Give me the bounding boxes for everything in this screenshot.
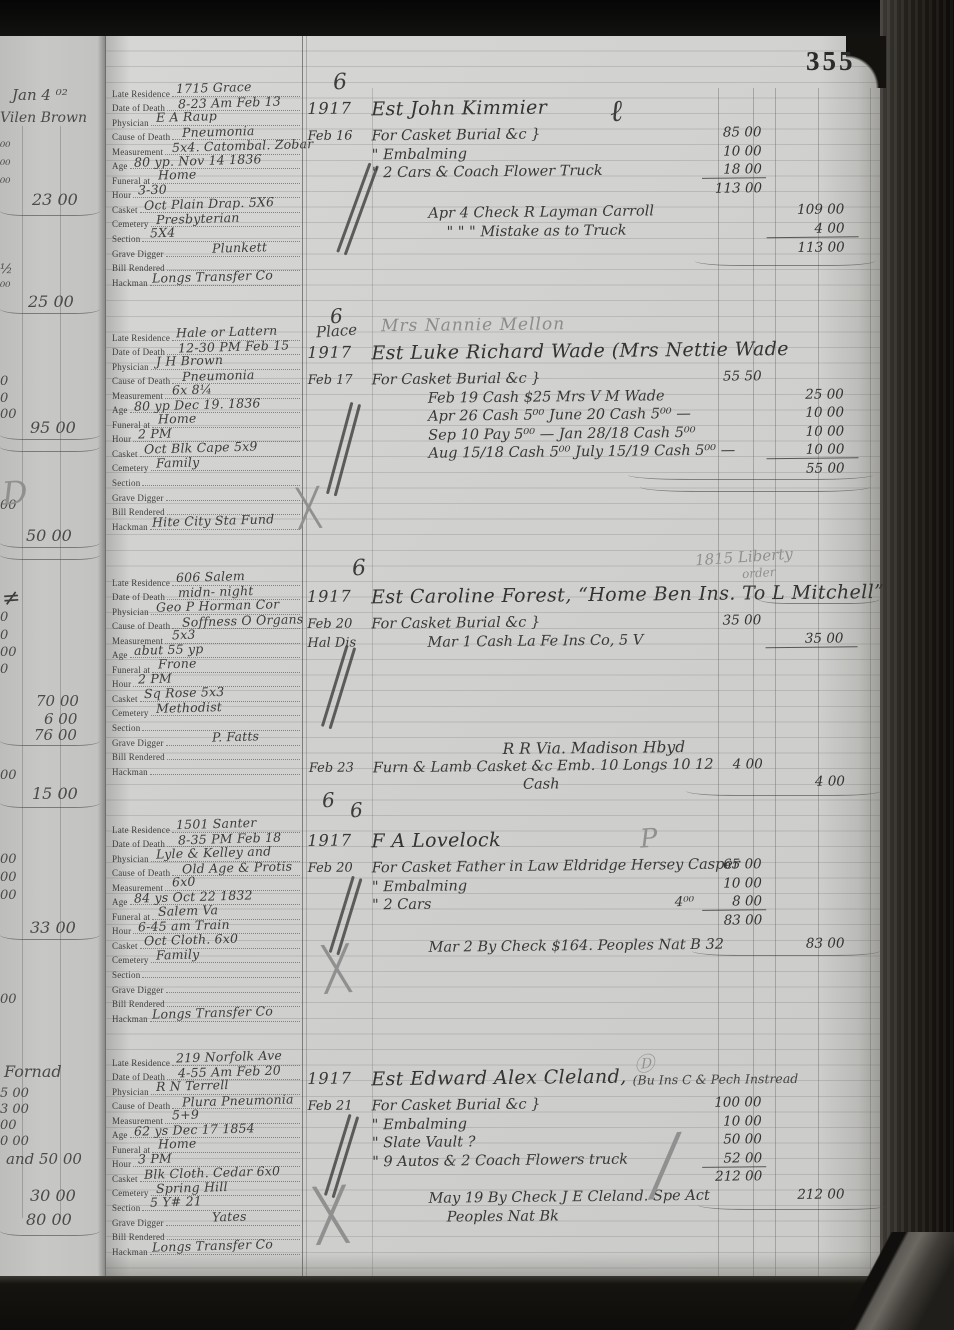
- field-label: Hour: [112, 434, 131, 444]
- line-description: Aug 15/18 Cash 5⁰⁰ July 15/19 Cash 5⁰⁰ —: [372, 444, 648, 463]
- entry-main: 1917Est John KimmierFeb 16For Casket Bur…: [307, 93, 881, 263]
- dotted-leader: [152, 1152, 300, 1153]
- line-description: For Casket Burial &c }: [371, 613, 647, 632]
- line-date: Feb 21: [307, 1098, 371, 1114]
- amount-col2: 10 00: [766, 442, 858, 460]
- underline-swash: [628, 470, 873, 480]
- line-mid-amount: 4⁰⁰: [648, 894, 702, 911]
- field-value-handwriting: Plunkett: [212, 239, 268, 256]
- amount-col1: 65 00: [702, 856, 766, 873]
- amount-col2: 10 00: [766, 423, 858, 440]
- field-label: Age: [112, 1130, 128, 1140]
- line-date: [308, 428, 372, 429]
- field-label: Hackman: [112, 1014, 148, 1024]
- field-label: Cemetery: [112, 955, 149, 965]
- amount-col1: 212 00: [702, 1169, 766, 1186]
- entry-stub: Late ResidenceHale or LatternDate of Dea…: [112, 328, 302, 532]
- amount-col1: 10 00: [702, 143, 766, 160]
- stub-field-row: Grave DiggerYates: [112, 1213, 302, 1228]
- field-value-handwriting: Soffness O Organs: [182, 611, 304, 629]
- field-label: Grave Digger: [112, 985, 164, 995]
- field-label: Casket: [112, 205, 138, 215]
- amount-col2: 35 00: [765, 630, 857, 648]
- line-date: Feb 17: [308, 372, 372, 388]
- line-date: Hal Dis: [307, 635, 371, 651]
- stub-field-row: HackmanLongs Transfer Co: [112, 273, 302, 288]
- field-label: Physician: [112, 362, 149, 372]
- prev-page-amount: 00: [0, 1118, 17, 1133]
- amount-col2: [765, 1093, 857, 1094]
- field-label: Casket: [112, 941, 138, 951]
- line-mid-amount: [649, 1206, 703, 1207]
- amount-col2: [766, 160, 858, 161]
- line-description: " Embalming: [372, 876, 648, 895]
- prev-page-amount: 5 00: [0, 1086, 29, 1101]
- field-value-handwriting: Home: [158, 1136, 197, 1152]
- stub-field-row: CemeteryFamily: [112, 459, 302, 474]
- amount-col2: [766, 855, 858, 856]
- amount-col2: 4 00: [766, 220, 858, 238]
- field-value-handwriting: 5+9: [172, 1107, 199, 1123]
- field-value-handwriting: Longs Transfer Co: [152, 1003, 273, 1021]
- field-value-handwriting: E A Raup: [156, 108, 217, 125]
- prev-page-amount: ⁰⁰: [0, 140, 10, 155]
- stub-field-row: CemeteryFamily: [112, 951, 302, 966]
- pencil-annotation: ╳: [297, 487, 321, 529]
- line-description: " 9 Autos & 2 Coach Flowers truck: [372, 1151, 648, 1170]
- line-mid-amount: [648, 875, 702, 876]
- prev-page-amount: 0: [0, 374, 8, 389]
- amount-col1: 10 00: [702, 875, 766, 892]
- pencil-annotation: ≠: [1, 585, 21, 611]
- field-value-handwriting: 80 yp Dec 19. 1836: [134, 395, 261, 414]
- amount-col2: 10 00: [766, 404, 858, 421]
- field-label: Grave Digger: [112, 249, 164, 259]
- stub-field-row: Ageabut 55 yp: [112, 646, 302, 661]
- amount-col1: [703, 737, 767, 738]
- amount-col2: [766, 874, 858, 875]
- prev-page-amount: 00: [0, 852, 17, 867]
- amount-col2: [766, 911, 858, 912]
- amount-col2: [767, 736, 859, 737]
- stub-field-row: Hackman: [112, 762, 302, 777]
- field-label: Grave Digger: [112, 1218, 164, 1228]
- stub-field-row: Grave Digger: [112, 488, 302, 503]
- line-description: Mar 2 By Check $164. Peoples Nat B 32: [372, 938, 648, 957]
- underline-swash: [0, 798, 100, 808]
- line-mid-amount: [649, 462, 703, 463]
- amount-col2: [766, 179, 858, 180]
- prev-page-amount: ⁰⁰: [0, 176, 10, 191]
- field-value-handwriting: Longs Transfer Co: [152, 267, 273, 285]
- line-date: Feb 16: [307, 128, 371, 144]
- field-label: Section: [112, 970, 140, 980]
- amount-col1: [701, 631, 765, 632]
- line-mid-amount: [648, 369, 702, 370]
- scan-top-edge: [0, 0, 954, 36]
- stub-field-row: HackmanHite City Sta Fund: [112, 517, 302, 532]
- pencil-annotation: Place: [315, 321, 357, 342]
- stub-field-row: Cause of DeathPlura Pneumonia: [112, 1097, 302, 1112]
- line-mid-amount: [647, 631, 701, 632]
- dotted-leader: [152, 672, 300, 673]
- amount-col2: [767, 755, 859, 756]
- line-date: [308, 898, 372, 899]
- amount-col1: 18 00: [702, 161, 766, 179]
- book-binding: [880, 0, 954, 1330]
- amount-col2: [766, 1168, 858, 1169]
- amount-col1: 83 00: [702, 912, 766, 929]
- field-label: Age: [112, 161, 128, 171]
- stub-field-row: Age80 yp Dec 19. 1836: [112, 401, 302, 416]
- field-label: Cause of Death: [112, 132, 170, 142]
- entry-year: 1917: [307, 586, 371, 606]
- underline-swash: [0, 538, 100, 548]
- line-date: [308, 391, 372, 392]
- stub-field-row: HackmanLongs Transfer Co: [112, 1242, 302, 1257]
- amount-col1: 35 00: [701, 612, 765, 629]
- page-number: 355: [806, 46, 856, 77]
- stub-field-row: CemeterySpring Hill: [112, 1184, 302, 1199]
- dotted-leader: [142, 485, 300, 486]
- stub-field-row: Grave DiggerPlunkett: [112, 244, 302, 259]
- amount-col2: [765, 611, 857, 612]
- amount-col1: 10 00: [702, 1113, 766, 1130]
- line-mid-amount: [648, 1113, 702, 1114]
- dotted-leader: [151, 715, 300, 716]
- line-date: [308, 225, 372, 226]
- amount-col2: [766, 892, 858, 893]
- pencil-annotation: 6: [321, 788, 335, 813]
- line-mid-amount: [648, 143, 702, 144]
- underline-swash: [0, 550, 100, 560]
- underline-swash: [758, 594, 880, 604]
- field-value-handwriting: Hite City Sta Fund: [152, 511, 275, 529]
- underline-swash: [0, 430, 100, 440]
- entry-stub: Late Residence606 SalemDate of Deathmidn…: [112, 573, 302, 777]
- line-description: Apr 4 Check R Layman Carroll: [372, 204, 648, 223]
- field-label: Section: [112, 723, 140, 733]
- prev-page-amount: 0 00: [0, 1134, 29, 1149]
- field-value-handwriting: Longs Transfer Co: [152, 1236, 273, 1254]
- field-value-handwriting: Yates: [212, 1209, 247, 1225]
- amount-col2: [766, 142, 858, 143]
- field-value-handwriting: Oct Blk Cape 5x9: [144, 439, 258, 457]
- field-value-handwriting: 1501 Santer: [176, 815, 257, 832]
- underline-swash: [640, 482, 870, 492]
- prev-page-amount: Jan 4 ⁰²: [12, 86, 68, 104]
- amount-col1: [703, 240, 767, 241]
- entry-year: 1917: [307, 98, 371, 118]
- pencil-annotation: ℓ: [609, 94, 624, 130]
- prev-page-amount: and 50 00: [6, 1150, 82, 1168]
- line-mid-amount: [648, 913, 702, 914]
- line-mid-amount: [649, 775, 703, 776]
- prev-page-amount: 0: [0, 391, 8, 406]
- line-description: For Casket Father in Law Eldridge Hersey…: [372, 857, 648, 876]
- line-mid-amount: [647, 1095, 701, 1096]
- field-label: Late Residence: [112, 89, 170, 99]
- underline-swash: [0, 304, 100, 314]
- prev-page-amount: Fornad: [4, 1062, 62, 1081]
- line-date: Feb 20: [307, 616, 371, 632]
- underline-swash: [686, 786, 881, 796]
- field-value-handwriting: Home: [158, 167, 197, 183]
- stub-field-row: Section: [112, 718, 302, 733]
- field-label: Physician: [112, 854, 149, 864]
- field-label: Cause of Death: [112, 376, 170, 386]
- stub-field-row: CasketOct Cloth. 6x0: [112, 936, 302, 951]
- amount-col1: 8 00: [702, 893, 766, 911]
- dotted-leader: [150, 774, 300, 775]
- prev-page-amount: 0: [0, 628, 8, 643]
- stub-field-row: HackmanLongs Transfer Co: [112, 1009, 302, 1024]
- amount-col1: 100 00: [701, 1094, 765, 1111]
- line-description: For Casket Burial &c }: [372, 369, 648, 388]
- field-value-handwriting: 3-30: [138, 181, 167, 197]
- field-label: Casket: [112, 449, 138, 459]
- field-label: Late Residence: [112, 1058, 170, 1068]
- stub-field-row: Section5 Y# 21: [112, 1198, 302, 1213]
- amount-col1: 50 00: [702, 1131, 766, 1148]
- stub-field-row: Bill Rendered: [112, 748, 302, 763]
- dotted-leader: [142, 977, 300, 978]
- entry-main: 1917Est Caroline Forest, “Home Ben Ins. …: [307, 581, 881, 798]
- amount-col1: [702, 405, 766, 406]
- amount-col1: 52 00: [702, 1150, 766, 1168]
- dotted-leader: [152, 427, 300, 428]
- amount-col2: [766, 1130, 858, 1131]
- field-label: Late Residence: [112, 578, 170, 588]
- line-date: [308, 166, 372, 167]
- pencil-annotation: 6: [332, 70, 348, 96]
- field-value-handwriting: P. Fatts: [212, 728, 260, 744]
- underline-swash: [0, 1226, 100, 1236]
- field-value-handwriting: 1715 Grace: [176, 79, 252, 96]
- line-description: R R Via. Madison Hbyd: [373, 739, 649, 760]
- amount-col1: [702, 387, 766, 388]
- entry-main: Mrs Nannie Mellon1917Est Luke Richard Wa…: [307, 337, 880, 485]
- line-description: Mar 1 Cash La Fe Ins Co, 5 V: [371, 632, 647, 651]
- amount-col2: [765, 123, 857, 124]
- field-label: Age: [112, 897, 128, 907]
- line-mid-amount: [648, 181, 702, 182]
- pencil-annotation: P: [639, 823, 659, 854]
- entry-year: 1917: [307, 1068, 371, 1088]
- prev-page-amount: ½: [0, 262, 13, 277]
- dotted-leader: [166, 256, 300, 257]
- field-label: Bill Rendered: [112, 752, 165, 762]
- field-label: Section: [112, 478, 140, 488]
- prev-page-amount: 00: [0, 992, 17, 1007]
- field-label: Physician: [112, 607, 149, 617]
- field-label: Hackman: [112, 767, 148, 777]
- line-date: [308, 1136, 372, 1137]
- line-description: Apr 26 Cash 5⁰⁰ June 20 Cash 5⁰⁰ —: [372, 407, 648, 426]
- dotted-leader: [166, 1225, 300, 1226]
- entry-title: Est Edward Alex Cleland,: [371, 1066, 627, 1091]
- line-date: [309, 742, 373, 743]
- field-value-handwriting: 5 Y# 21: [150, 1194, 202, 1210]
- field-value-handwriting: 6x 8¼: [172, 382, 212, 398]
- amount-col1: 4 00: [703, 756, 767, 773]
- pencil-annotation: 6: [351, 556, 367, 582]
- dotted-leader: [166, 745, 300, 746]
- entry-year: 1917: [307, 830, 371, 850]
- field-value-handwriting: 2 PM: [138, 670, 172, 686]
- field-label: Hackman: [112, 278, 148, 288]
- field-value-handwriting: 5x3: [172, 627, 196, 643]
- field-label: Age: [112, 405, 128, 415]
- prev-page-amount: Vilen Brown: [0, 110, 87, 126]
- line-date: Feb 20: [308, 860, 372, 876]
- line-description: " " " Mistake as to Truck: [372, 222, 648, 241]
- prev-page-amount: ⁰⁰: [0, 158, 10, 173]
- field-label: Grave Digger: [112, 493, 164, 503]
- line-description: " 2 Cars: [372, 895, 648, 914]
- line-date: [309, 779, 373, 780]
- stub-field-row: Grave DiggerP. Fatts: [112, 733, 302, 748]
- line-mid-amount: [648, 222, 702, 223]
- entry-stub: Late Residence219 Norfolk AveDate of Dea…: [112, 1053, 302, 1257]
- pencil-annotation: order: [742, 565, 776, 581]
- field-value-handwriting: 6x0: [172, 874, 196, 890]
- field-label: Cemetery: [112, 1188, 149, 1198]
- field-value-handwriting: 606 Salem: [176, 568, 245, 585]
- line-description: For Casket Burial &c }: [371, 125, 647, 144]
- entry-year: 1917: [307, 342, 371, 362]
- stub-field-row: CemeteryPresbyterian: [112, 215, 302, 230]
- field-value-handwriting: 2 PM: [138, 425, 172, 441]
- field-value-handwriting: Family: [156, 454, 200, 470]
- underline-swash: [692, 946, 880, 956]
- field-value-handwriting: R N Terrell: [156, 1077, 229, 1094]
- pencil-annotation: ╱: [646, 1133, 684, 1200]
- dotted-leader: [151, 470, 300, 471]
- line-mid-amount: [649, 240, 703, 241]
- line-description: Peoples Nat Bk: [373, 1207, 649, 1226]
- pencil-name-note: Mrs Nannie Mellon: [381, 314, 565, 336]
- amount-col2: [766, 1112, 858, 1113]
- amount-col1: [703, 775, 767, 776]
- line-description: " Slate Vault ?: [372, 1133, 648, 1152]
- field-label: Grave Digger: [112, 738, 164, 748]
- line-date: [308, 147, 372, 148]
- prev-page-amount: 0: [0, 610, 8, 625]
- dotted-leader: [151, 962, 300, 963]
- line-description: Cash: [373, 776, 649, 795]
- dotted-leader: [166, 500, 300, 501]
- pencil-annotation: 6: [349, 798, 363, 823]
- scan-bottom-edge: [0, 1276, 954, 1330]
- stub-field-row: Section5X4: [112, 229, 302, 244]
- amount-col1: [702, 221, 766, 222]
- field-value-handwriting: Family: [156, 946, 200, 962]
- field-value-handwriting: Methodist: [156, 699, 222, 716]
- dotted-leader: [130, 657, 300, 658]
- stub-field-row: Cause of DeathSoffness O Organs: [112, 617, 302, 632]
- field-label: Late Residence: [112, 825, 170, 835]
- prev-page-amount: 3 00: [0, 1102, 29, 1117]
- ledger-sheet: 355 Late Residence1715 GraceDate of Deat…: [0, 0, 954, 1330]
- field-value-handwriting: J H Brown: [156, 352, 224, 369]
- entry-title: F A Lovelock: [371, 829, 501, 852]
- line-description: " Embalming: [372, 1114, 648, 1133]
- field-value-handwriting: 80 yp. Nov 14 1836: [134, 151, 262, 170]
- prev-page-amount: 70 00: [36, 692, 79, 710]
- field-value-handwriting: 5X4: [150, 225, 176, 241]
- stub-field-row: Age80 yp. Nov 14 1836: [112, 157, 302, 172]
- line-mid-amount: [647, 613, 701, 614]
- underline-swash: [0, 930, 100, 940]
- prev-page-amount: 00: [0, 888, 17, 903]
- line-mid-amount: [648, 203, 702, 204]
- field-label: Cemetery: [112, 463, 149, 473]
- line-mid-amount: [647, 125, 701, 126]
- field-label: Section: [112, 234, 140, 244]
- line-description: Feb 19 Cash $25 Mrs V M Wade: [372, 388, 648, 407]
- field-label: Cause of Death: [112, 1101, 170, 1111]
- amount-col1: [702, 203, 766, 204]
- stub-field-row: CasketOct Blk Cape 5x9: [112, 444, 302, 459]
- prev-page-amount: 00: [0, 768, 17, 783]
- line-description: Furn & Lamb Casket &c Emb. 10 Longs 10 1…: [373, 757, 649, 776]
- underline-swash: [0, 736, 100, 746]
- amount-col2: [766, 1149, 858, 1150]
- cover-corner-bottom: [820, 1232, 954, 1330]
- stub-field-row: CemeteryMethodist: [112, 704, 302, 719]
- entry-title: Est John Kimmier: [371, 96, 547, 120]
- field-label: Hackman: [112, 522, 148, 532]
- line-description: " 2 Cars & Coach Flower Truck: [372, 163, 648, 182]
- field-label: Cause of Death: [112, 621, 170, 631]
- amount-col1: 85 00: [701, 124, 765, 141]
- field-label: Hour: [112, 679, 131, 689]
- prev-page-amount: ⁰⁰: [0, 280, 10, 295]
- field-label: Hour: [112, 190, 131, 200]
- stub-field-row: Age62 ys Dec 17 1854: [112, 1126, 302, 1141]
- field-label: Casket: [112, 1174, 138, 1184]
- stub-field-row: Section: [112, 965, 302, 980]
- amount-col2: [766, 367, 858, 368]
- field-value-handwriting: Home: [158, 411, 197, 427]
- field-value-handwriting: Frone: [158, 656, 197, 672]
- line-mid-amount: [648, 162, 702, 163]
- field-label: Age: [112, 650, 128, 660]
- field-label: Cause of Death: [112, 868, 170, 878]
- prev-page-amount: 00: [0, 407, 17, 422]
- field-label: Cemetery: [112, 219, 149, 229]
- pencil-annotation: Ⓓ: [633, 1047, 655, 1077]
- prev-page-amount: 0: [0, 662, 8, 677]
- stub-divider-rule: [302, 36, 303, 1276]
- entry-stub: Late Residence1501 SanterDate of Death8-…: [112, 820, 302, 1024]
- stub-field-row: Section: [112, 473, 302, 488]
- amount-col1: 55 50: [702, 368, 766, 385]
- line-description: For Casket Burial &c }: [371, 1095, 647, 1114]
- amount-col2: 113 00: [767, 239, 859, 256]
- amount-col2: 25 00: [766, 386, 858, 403]
- dotted-leader: [167, 759, 300, 760]
- amount-col1: [702, 424, 766, 425]
- field-label: Casket: [112, 694, 138, 704]
- amount-col1: [703, 461, 767, 462]
- prev-page-amount: 00: [0, 645, 17, 660]
- dotted-leader: [152, 183, 300, 184]
- field-label: Section: [112, 1203, 140, 1213]
- field-label: Physician: [112, 118, 149, 128]
- amount-col2: 109 00: [766, 202, 858, 219]
